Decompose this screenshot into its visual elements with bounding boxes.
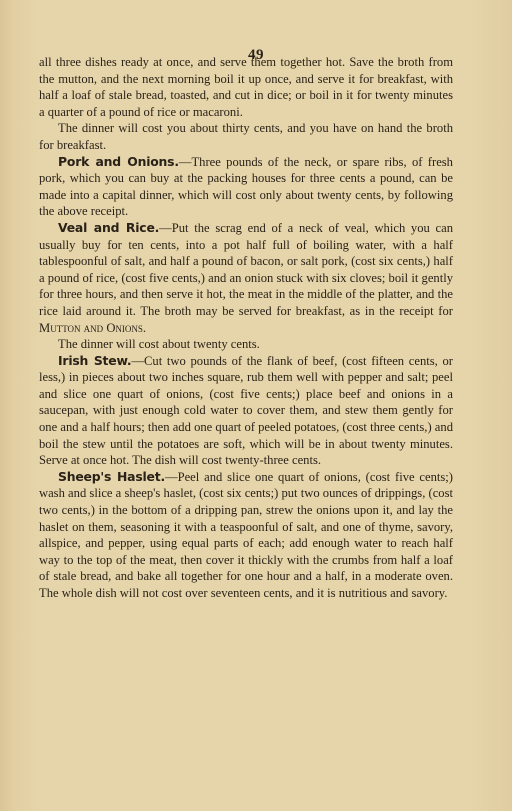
recipe-heading: Sheep's Haslet. bbox=[58, 469, 165, 484]
paragraph-continuation: all three dishes ready at once, and serv… bbox=[39, 54, 453, 120]
cross-reference: Mutton and Onions bbox=[39, 321, 143, 335]
recipe-sheeps-haslet: Sheep's Haslet.—Peel and slice one quart… bbox=[39, 469, 453, 602]
paragraph-dinner-cost: The dinner will cost you about thirty ce… bbox=[39, 120, 453, 153]
paragraph-dinner-cost-2: The dinner will cost about twenty cents. bbox=[39, 336, 453, 353]
recipe-heading: Irish Stew. bbox=[58, 353, 131, 368]
recipe-irish-stew: Irish Stew.—Cut two pounds of the flank … bbox=[39, 353, 453, 469]
page-body: all three dishes ready at once, and serv… bbox=[39, 54, 453, 602]
recipe-text-tail: . bbox=[143, 321, 146, 335]
recipe-heading: Veal and Rice. bbox=[58, 220, 159, 235]
recipe-veal-and-rice: Veal and Rice.—Put the scrag end of a ne… bbox=[39, 220, 453, 336]
recipe-heading: Pork and Onions. bbox=[58, 154, 179, 169]
recipe-pork-and-onions: Pork and Onions.—Three pounds of the nec… bbox=[39, 154, 453, 220]
recipe-text: —Cut two pounds of the flank of beef, (c… bbox=[39, 354, 453, 468]
recipe-text: —Put the scrag end of a neck of veal, wh… bbox=[39, 221, 453, 318]
recipe-text: —Peel and slice one quart of onions, (co… bbox=[39, 470, 453, 600]
